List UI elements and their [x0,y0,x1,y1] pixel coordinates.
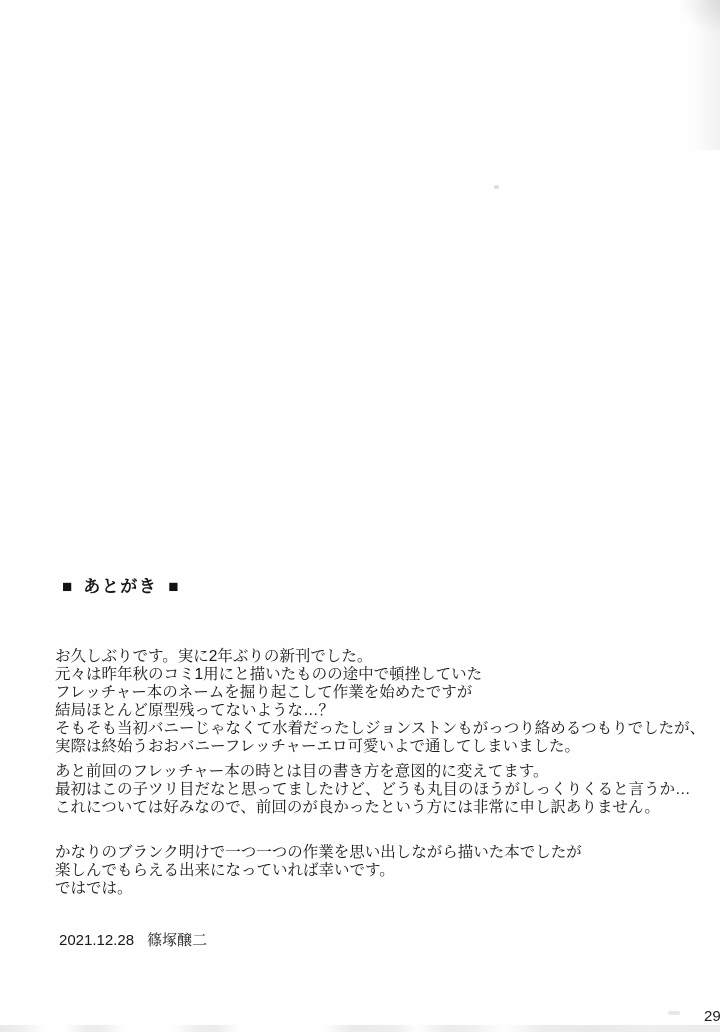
text-line: 最初はこの子ツリ目だなと思ってましたけど、どうも丸目のほうがしっくりくると言うか… [55,781,691,799]
scan-speck [494,185,499,189]
text-line: そもそも当初バニーじゃなくて水着だったしジョンストンもがっつり絡めるつもりでした… [55,720,705,738]
afterword-paragraph-2: あと前回のフレッチャー本の時とは目の書き方を意図的に変えてます。 最初はこの子ツ… [55,763,691,817]
scan-bottom-edge-noise [0,1025,720,1032]
page-number: 29 [704,1008,720,1025]
black-square-icon: ■ [62,577,72,597]
text-line: お久しぶりです。実に2年ぶりの新刊でした。 [55,648,705,666]
afterword-title: あとがき [83,577,157,597]
signature-date: 2021.12.28 [59,932,134,949]
scan-corner-shadow [674,0,720,150]
text-line: 実際は終始うおおバニーフレッチャーエロ可愛いよで通してしまいました。 [55,738,705,756]
signature-line: 2021.12.28 篠塚醸二 [59,929,207,950]
afterword-paragraph-1: お久しぶりです。実に2年ぶりの新刊でした。 元々は昨年秋のコミ1用にと描いたもの… [55,648,705,756]
text-line: かなりのブランク明けで一つ一つの作業を思い出しながら描いた本でしたが [55,844,582,862]
black-square-icon: ■ [168,577,178,597]
text-line: ではでは。 [55,880,582,898]
text-line: フレッチャー本のネームを掘り起こして作業を始めたですが [55,684,705,702]
signature-author: 篠塚醸二 [147,929,207,950]
text-line: あと前回のフレッチャー本の時とは目の書き方を意図的に変えてます。 [55,763,691,781]
text-line: 元々は昨年秋のコミ1用にと描いたものの途中で頓挫していた [55,666,705,684]
scan-page: ■ あとがき ■ お久しぶりです。実に2年ぶりの新刊でした。 元々は昨年秋のコミ… [0,0,720,1032]
text-line: 結局ほとんど原型残ってないような…？ [55,702,705,720]
afterword-paragraph-3: かなりのブランク明けで一つ一つの作業を思い出しながら描いた本でしたが 楽しんでも… [55,844,582,898]
afterword-heading: ■ あとがき ■ [62,577,179,597]
text-line: 楽しんでもらえる出来になっていれば幸いです。 [55,862,582,880]
scan-smudge [668,1011,680,1015]
text-line: これについては好みなので、前回のが良かったという方には非常に申し訳ありません。 [55,799,691,817]
